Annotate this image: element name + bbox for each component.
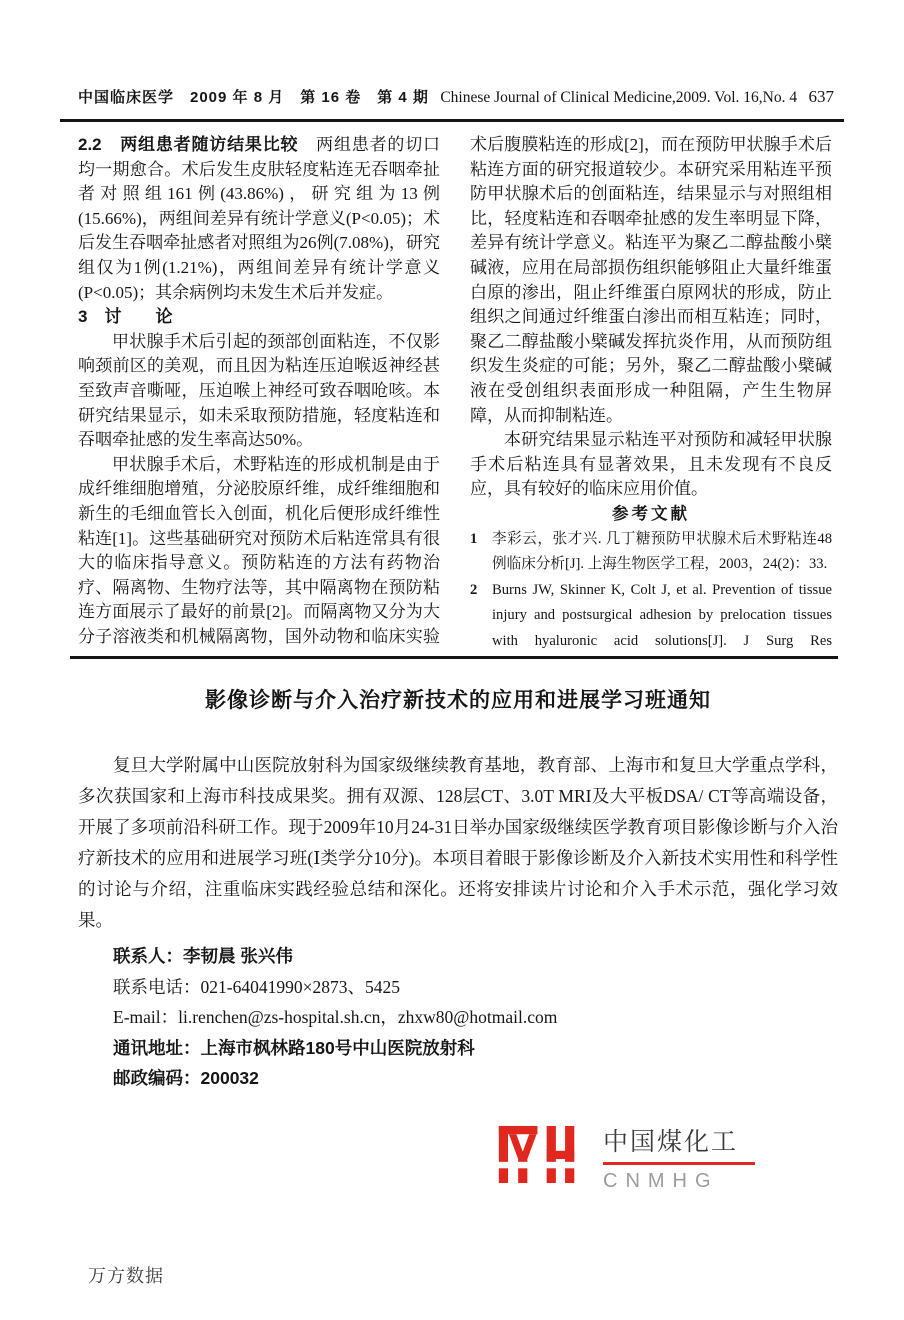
journal-page: 中国临床医学 2009 年 8 月 第 16 卷 第 4 期 Chinese J… — [0, 0, 904, 1320]
article-right-column: 术后腹膜粘连的形成[2]，而在预防甲状腺手术后粘连方面的研究报道较少。本研究采用… — [470, 133, 832, 649]
discussion-paragraph-3: 术后腹膜粘连的形成[2]，而在预防甲状腺手术后粘连方面的研究报道较少。本研究采用… — [470, 133, 832, 428]
header-rule — [60, 119, 844, 122]
article-left-column: 2.2 两组患者随访结果比较 两组患者的切口均一期愈合。术后发生皮肤轻度粘连无吞… — [78, 133, 440, 649]
section-divider — [70, 656, 838, 659]
reference-item: 1 李彩云，张才兴. 几丁糖预防甲状腺术后术野粘连48例临床分析[J]. 上海生… — [470, 527, 832, 578]
announcement-title: 影像诊断与介入治疗新技术的应用和进展学习班通知 — [78, 684, 838, 714]
wanfang-watermark: 万方数据 — [88, 1262, 164, 1288]
cnmhg-logo: 中国煤化工 CNMHG — [497, 1116, 755, 1204]
reference-item: 2 Burns JW, Skinner K, Colt J, et al. Pr… — [470, 578, 832, 649]
section-2-2-paragraph: 2.2 两组患者随访结果比较 两组患者的切口均一期愈合。术后发生皮肤轻度粘连无吞… — [78, 133, 440, 305]
announcement-section: 影像诊断与介入治疗新技术的应用和进展学习班通知 复旦大学附属中山医院放射科为国家… — [78, 684, 838, 1094]
discussion-paragraph-2: 甲状腺手术后，术野粘连的形成机制是由于成纤维细胞增殖，分泌胶原纤维，成纤维细胞和… — [78, 453, 440, 649]
contact-email-line: E-mail：li.renchen@zs-hospital.sh.cn，zhxw… — [113, 1002, 838, 1033]
references-heading: 参考文献 — [470, 502, 832, 527]
page-header: 中国临床医学 2009 年 8 月 第 16 卷 第 4 期 Chinese J… — [78, 86, 840, 107]
cnmhg-name-cn: 中国煤化工 — [603, 1127, 755, 1157]
discussion-heading: 3 讨 论 — [78, 305, 440, 330]
cnmhg-logo-icon — [497, 1116, 589, 1204]
journal-title-cn: 中国临床医学 2009 年 8 月 第 16 卷 第 4 期 — [78, 86, 429, 107]
cnmhg-name-en: CNMHG — [603, 1169, 755, 1193]
contact-block: 联系人：李韧晨 张兴伟 联系电话：021-64041990×2873、5425 … — [78, 941, 838, 1094]
cnmhg-logo-text: 中国煤化工 CNMHG — [603, 1127, 755, 1193]
cnmhg-logo-rule — [603, 1162, 755, 1165]
conclusion-paragraph: 本研究结果显示粘连平对预防和减轻甲状腺手术后粘连具有显著效果，且未发现有不良反应… — [470, 428, 832, 502]
discussion-paragraph-1: 甲状腺手术后引起的颈部创面粘连，不仅影响颈前区的美观，而且因为粘连压迫喉返神经甚… — [78, 330, 440, 453]
reference-number: 1 — [470, 527, 492, 578]
section-2-2-heading: 2.2 两组患者随访结果比较 — [78, 135, 298, 154]
announcement-body: 复旦大学附属中山医院放射科为国家级继续教育基地，教育部、上海市和复旦大学重点学科… — [78, 750, 838, 936]
contact-address-line: 通讯地址：上海市枫林路180号中山医院放射科 — [113, 1033, 838, 1064]
page-number: 637 — [808, 87, 840, 107]
reference-text: Burns JW, Skinner K, Colt J, et al. Prev… — [492, 578, 832, 649]
contact-phone-line: 联系电话：021-64041990×2873、5425 — [113, 972, 838, 1003]
contact-person-line: 联系人：李韧晨 张兴伟 — [113, 941, 838, 972]
contact-postcode-line: 邮政编码：200032 — [113, 1063, 838, 1094]
article-body: 2.2 两组患者随访结果比较 两组患者的切口均一期愈合。术后发生皮肤轻度粘连无吞… — [78, 133, 832, 649]
reference-text: 李彩云，张才兴. 几丁糖预防甲状腺术后术野粘连48例临床分析[J]. 上海生物医… — [492, 527, 832, 578]
reference-number: 2 — [470, 578, 492, 649]
section-2-2-text: 两组患者的切口均一期愈合。术后发生皮肤轻度粘连无吞咽牵扯者对照组161例(43.… — [78, 135, 440, 302]
journal-title-en: Chinese Journal of Clinical Medicine,200… — [440, 89, 797, 107]
